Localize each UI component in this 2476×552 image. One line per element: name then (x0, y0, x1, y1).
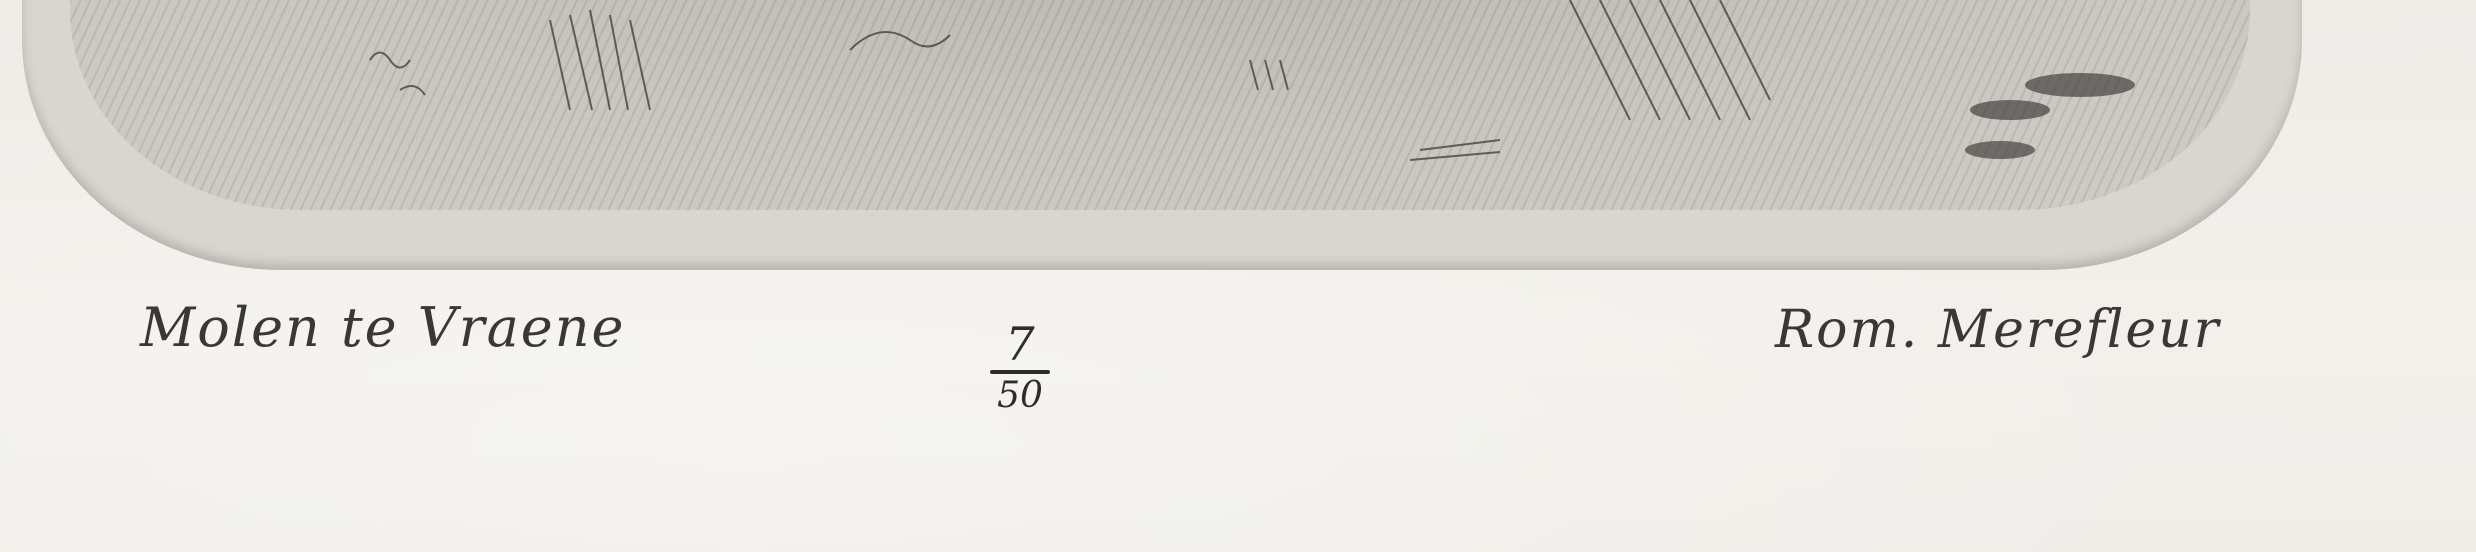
edition-numerator: 7 (980, 320, 1060, 368)
title-inscription: Molen te Vraene (140, 296, 626, 359)
edition-denominator: 50 (980, 376, 1060, 416)
etched-image (70, 0, 2250, 210)
artist-signature: Rom. Merefleur (1775, 300, 2220, 360)
edition-number: 7 50 (980, 320, 1060, 416)
etching-hatching (70, 0, 2250, 210)
